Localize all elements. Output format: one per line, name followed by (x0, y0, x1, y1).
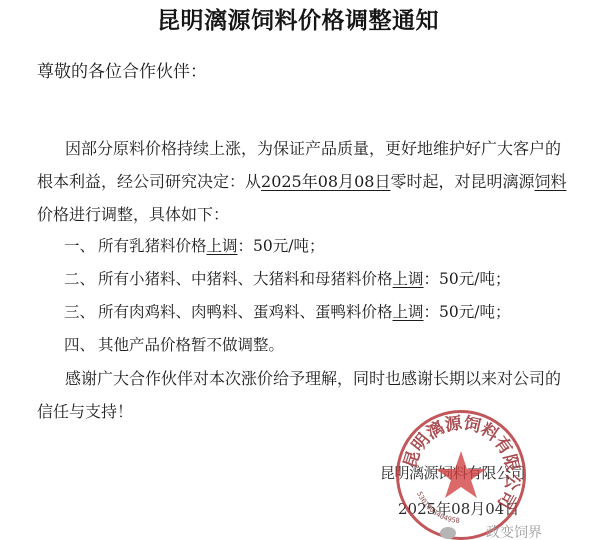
intro-text-part3: 价格进行调整，具体如下： (37, 205, 229, 224)
notice-title: 昆明漓源饲料价格调整通知 (0, 4, 596, 38)
intro-paragraph: 因部分原料价格持续上涨，为保证产品质量，更好地维护好广大客户的根本利益，经公司研… (37, 132, 567, 231)
seal-star-icon (436, 451, 486, 498)
item-amount: ：50元/吨； (238, 237, 325, 255)
item-action: 上调 (393, 303, 424, 321)
company-seal: 昆明漓源饲料有限公司 5301003404958 (396, 410, 526, 540)
item-action: 上调 (207, 237, 238, 255)
intro-underlined-word: 饲料 (534, 172, 566, 191)
item-amount: ：50元/吨； (424, 303, 511, 321)
item-text: 其他产品价格暂不做调整。 (98, 336, 284, 354)
item-action: 上调 (393, 270, 424, 288)
item-number: 一、 (64, 230, 98, 263)
item-text: 所有小猪料、中猪料、大猪料和母猪料价格 (98, 270, 393, 288)
watermark-text: 政变饲界 (486, 525, 542, 540)
adjustment-list: 一、所有乳猪料价格上调：50元/吨； 二、所有小猪料、中猪料、大猪料和母猪料价格… (64, 230, 584, 362)
item-amount: ：50元/吨； (424, 270, 511, 288)
item-text: 所有乳猪料价格 (98, 237, 207, 255)
salutation: 尊敬的各位合作伙伴： (37, 58, 207, 86)
adjustment-item: 三、所有肉鸡料、肉鸭料、蛋鸡料、蛋鸭料价格上调：50元/吨； (64, 296, 584, 329)
item-number: 四、 (64, 329, 98, 362)
effective-date: 2025年08月08日 (261, 172, 390, 191)
adjustment-item: 四、其他产品价格暂不做调整。 (64, 329, 584, 362)
item-number: 三、 (64, 296, 98, 329)
adjustment-item: 一、所有乳猪料价格上调：50元/吨； (64, 230, 584, 263)
seal-code: 5301003404958 (415, 490, 460, 525)
item-text: 所有肉鸡料、肉鸭料、蛋鸡料、蛋鸭料价格 (98, 303, 393, 321)
intro-text-part2: 零时起，对昆明漓源 (390, 172, 534, 191)
item-number: 二、 (64, 263, 98, 296)
watermark: 政变饲界 (440, 522, 542, 540)
wechat-icon (440, 527, 456, 539)
adjustment-item: 二、所有小猪料、中猪料、大猪料和母猪料价格上调：50元/吨； (64, 263, 584, 296)
seal-graphic: 昆明漓源饲料有限公司 5301003404958 (399, 413, 523, 537)
